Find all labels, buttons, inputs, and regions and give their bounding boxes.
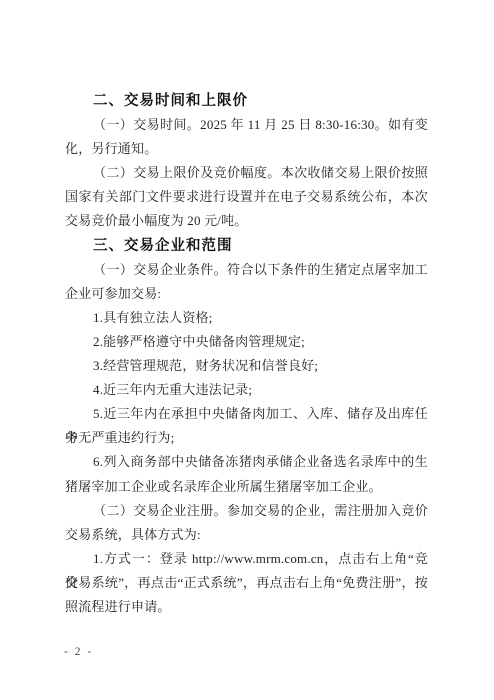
doc-list-item-6: 6.列入商务部中央储备冻猪肉承储企业备选名录库中的生: [65, 450, 428, 474]
doc-line: 交易系统，具体方式为:: [65, 523, 428, 547]
doc-line: 照流程进行申请。: [65, 595, 428, 619]
section-heading-3: 三、交易企业和范围: [65, 234, 428, 258]
doc-line: 企业可参加交易:: [65, 282, 428, 306]
doc-line-url: 1.方式一：登录 http://www.mrm.com.cn，点击右上角“竞价: [65, 547, 428, 571]
page-number: - 2 -: [64, 646, 93, 658]
doc-line: （一）交易企业条件。符合以下条件的生猪定点屠宰加工: [65, 258, 428, 282]
doc-list-item-4: 4.近三年内无重大违法记录;: [65, 378, 428, 402]
doc-list-item-2: 2.能够严格遵守中央储备肉管理规定;: [65, 330, 428, 354]
doc-line: （一）交易时间。2025 年 11 月 25 日 8:30-16:30。如有变: [65, 113, 428, 137]
doc-line: 中无严重违约行为;: [65, 426, 428, 450]
doc-line: 交易系统”，再点击“正式系统”，再点击右上角“免费注册”，按: [65, 571, 428, 595]
section-heading-2: 二、交易时间和上限价: [65, 89, 428, 113]
doc-line: （二）交易上限价及竞价幅度。本次收储交易上限价按照: [65, 161, 428, 185]
doc-list-item-5: 5.近三年内在承担中央储备肉加工、入库、储存及出库任务: [65, 402, 428, 426]
doc-list-item-3: 3.经营管理规范，财务状况和信誉良好;: [65, 354, 428, 378]
doc-line: （二）交易企业注册。参加交易的企业，需注册加入竞价: [65, 499, 428, 523]
document-page: 二、交易时间和上限价 （一）交易时间。2025 年 11 月 25 日 8:30…: [0, 0, 494, 700]
document-body: 二、交易时间和上限价 （一）交易时间。2025 年 11 月 25 日 8:30…: [65, 89, 428, 619]
doc-line: 交易竞价最小幅度为 20 元/吨。: [65, 209, 428, 233]
doc-line: 国家有关部门文件要求进行设置并在电子交易系统公布，本次: [65, 185, 428, 209]
doc-list-item-1: 1.具有独立法人资格;: [65, 306, 428, 330]
doc-line: 化，另行通知。: [65, 137, 428, 161]
doc-line: 猪屠宰加工企业或名录库企业所属生猪屠宰加工企业。: [65, 475, 428, 499]
